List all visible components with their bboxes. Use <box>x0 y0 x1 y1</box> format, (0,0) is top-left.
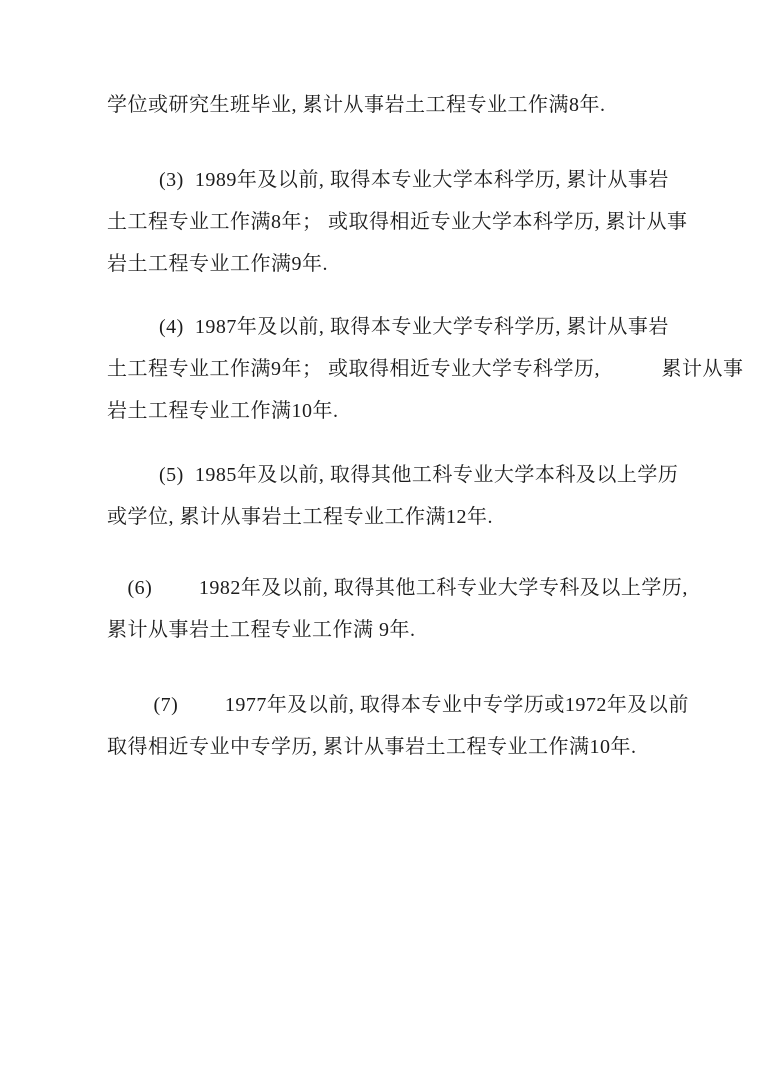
paragraph-item-4: (4) 1987年及以前, 取得本专业大学专科学历, 累计从事岩土工程专业工作满… <box>107 306 667 432</box>
text-line: 岩土工程专业工作满10年. <box>107 390 667 432</box>
text-line: 土工程专业工作满8年； 或取得相近专业大学本科学历, 累计从事 <box>107 201 667 243</box>
paragraph-continuation-line: 学位或研究生班毕业, 累计从事岩土工程专业工作满8年. <box>107 84 667 126</box>
text-line: 取得相近专业中专学历, 累计从事岩土工程专业工作满10年. <box>107 726 667 768</box>
document-content: 学位或研究生班毕业, 累计从事岩土工程专业工作满8年. (3) 1989年及以前… <box>0 0 762 768</box>
document-page: { "page": { "background_color": "#ffffff… <box>0 0 762 1080</box>
text-line: (4) 1987年及以前, 取得本专业大学专科学历, 累计从事岩 <box>107 306 667 348</box>
text-line: 累计从事岩土工程专业工作满 9年. <box>107 609 667 651</box>
paragraph-item-5: (5) 1985年及以前, 取得其他工科专业大学本科及以上学历或学位, 累计从事… <box>107 454 667 538</box>
text-line: (3) 1989年及以前, 取得本专业大学本科学历, 累计从事岩 <box>107 159 667 201</box>
text-line: (6) 1982年及以前, 取得其他工科专业大学专科及以上学历, <box>107 567 667 609</box>
page: 学位或研究生班毕业, 累计从事岩土工程专业工作满8年. (3) 1989年及以前… <box>0 0 762 1080</box>
paragraph-item-3: (3) 1989年及以前, 取得本专业大学本科学历, 累计从事岩土工程专业工作满… <box>107 159 667 285</box>
text-line: 学位或研究生班毕业, 累计从事岩土工程专业工作满8年. <box>107 84 667 126</box>
text-line: 或学位, 累计从事岩土工程专业工作满12年. <box>107 496 667 538</box>
text-line: (5) 1985年及以前, 取得其他工科专业大学本科及以上学历 <box>107 454 667 496</box>
text-line: 土工程专业工作满9年； 或取得相近专业大学专科学历, 累计从事 <box>107 348 667 390</box>
paragraph-item-7: (7) 1977年及以前, 取得本专业中专学历或1972年及以前取得相近专业中专… <box>107 684 667 768</box>
text-line: 岩土工程专业工作满9年. <box>107 243 667 285</box>
paragraph-item-6: (6) 1982年及以前, 取得其他工科专业大学专科及以上学历,累计从事岩土工程… <box>107 567 667 651</box>
text-line: (7) 1977年及以前, 取得本专业中专学历或1972年及以前 <box>107 684 667 726</box>
